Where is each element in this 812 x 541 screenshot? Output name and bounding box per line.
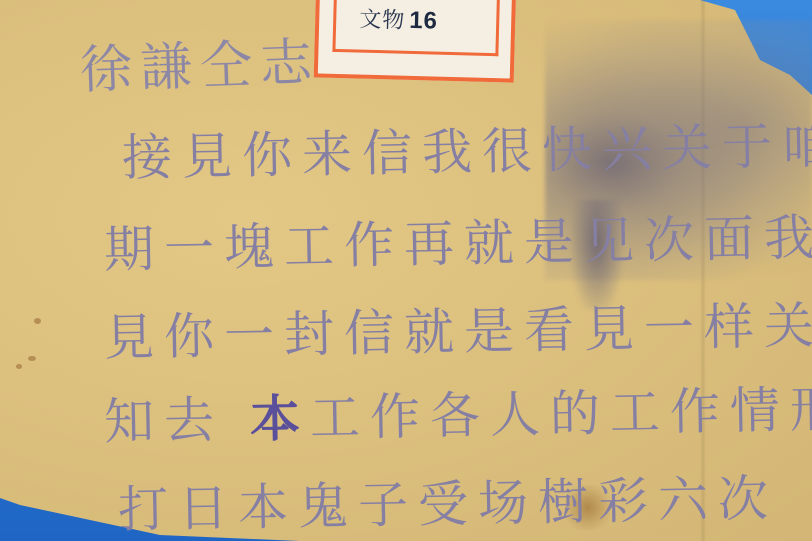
label-number: 16 bbox=[409, 7, 438, 35]
letter-line-3: 見你一封信就是看見一样关于 bbox=[103, 284, 812, 370]
letter-line-1: 接見你来信我很快兴关于咱 bbox=[121, 105, 812, 190]
brown-spot bbox=[28, 356, 36, 361]
letter-line-5: 打日本鬼子受场樹彩六次 bbox=[117, 458, 778, 541]
letter-line-4-start: 知去 bbox=[104, 391, 225, 451]
brown-spot bbox=[16, 364, 22, 369]
label-category: 文物 bbox=[359, 8, 406, 34]
archive-label-text: 文物16 bbox=[359, 3, 439, 36]
photo-scene: 文物16 徐謙仝志 接見你来信我很快兴关于咱 期一塊工作再就是见次面我 見你一封… bbox=[0, 0, 812, 541]
brown-spot bbox=[34, 318, 41, 324]
letter-line-4-mark: 本 bbox=[249, 389, 310, 448]
letter-salutation: 徐謙仝志 bbox=[79, 20, 321, 103]
letter-line-4: 知去 本工作各人的工作情形 bbox=[103, 369, 812, 454]
letter-line-4-rest: 工作各人的工作情形 bbox=[309, 380, 812, 447]
letter-line-2: 期一塊工作再就是见次面我 bbox=[103, 197, 812, 282]
archive-label: 文物16 bbox=[314, 0, 517, 83]
